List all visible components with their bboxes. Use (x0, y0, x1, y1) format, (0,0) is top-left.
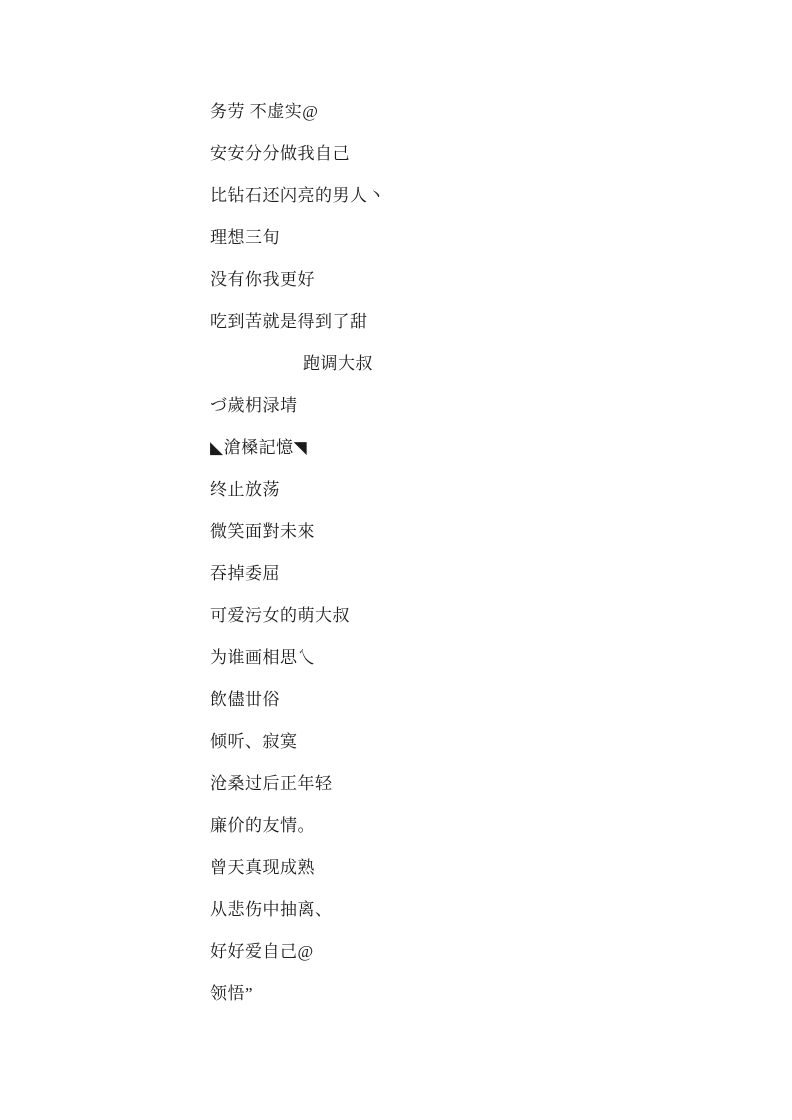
text-line: 为谁画相思乀 (210, 637, 752, 679)
document-page: 务劳 不虚实@安安分分做我自己比钻石还闪亮的男人丶理想三旬没有你我更好吃到苦就是… (0, 0, 792, 1120)
lyric-list: 务劳 不虚实@安安分分做我自己比钻石还闪亮的男人丶理想三旬没有你我更好吃到苦就是… (210, 91, 752, 1015)
text-line: 跑调大叔 (210, 343, 752, 385)
text-line: 从悲伤中抽离、 (210, 889, 752, 931)
text-line: 比钻石还闪亮的男人丶 (210, 175, 752, 217)
text-line: 理想三旬 (210, 217, 752, 259)
text-line: 吃到苦就是得到了甜 (210, 301, 752, 343)
text-line: 好好爱自己@ (210, 931, 752, 973)
text-line: 微笑面對未來 (210, 511, 752, 553)
text-line: 廉价的友情。 (210, 805, 752, 847)
text-line: 可爱污女的萌大叔 (210, 595, 752, 637)
text-line: 吞掉委屈 (210, 553, 752, 595)
text-line: ◣滄槡記憶◥ (210, 427, 752, 469)
text-line: づ歲枂渌埥 (210, 385, 752, 427)
text-line: 安安分分做我自己 (210, 133, 752, 175)
text-line: 领悟” (210, 973, 752, 1015)
text-line: 终止放荡 (210, 469, 752, 511)
text-line: 飲儘丗俗 (210, 679, 752, 721)
text-line: 曾天真现成熟 (210, 847, 752, 889)
text-line: 务劳 不虚实@ (210, 91, 752, 133)
text-line: 沧桑过后正年轻 (210, 763, 752, 805)
text-line: 没有你我更好 (210, 259, 752, 301)
text-line: 倾听、寂寞 (210, 721, 752, 763)
